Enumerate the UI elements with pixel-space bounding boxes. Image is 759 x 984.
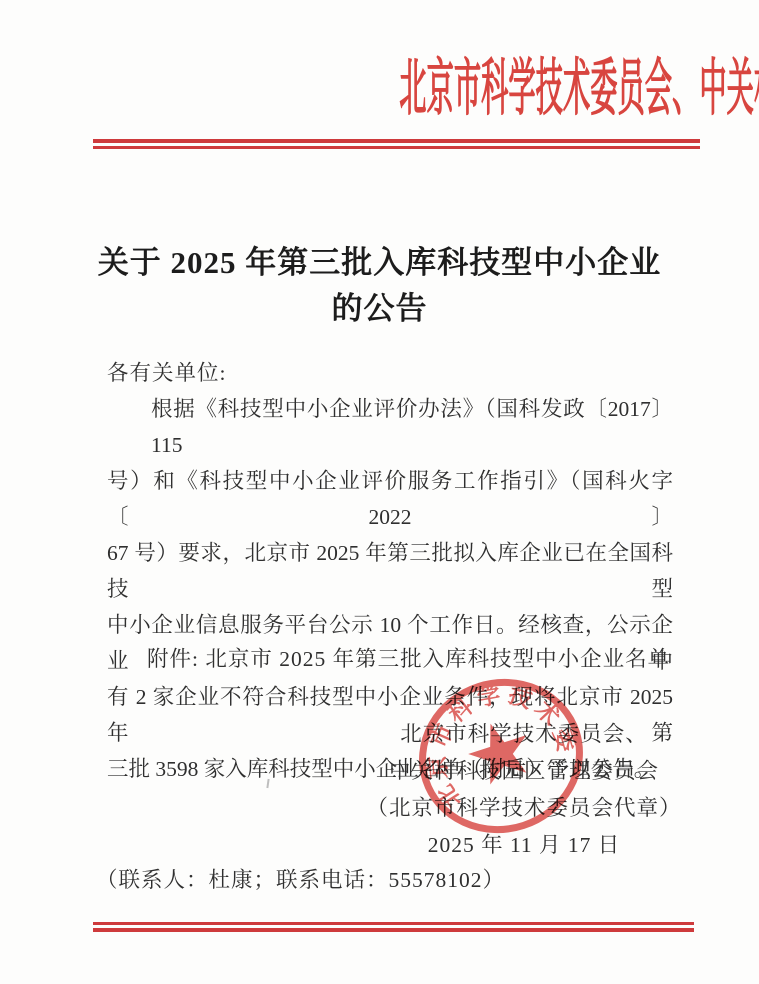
attachment-line: 附件: 北京市 2025 年第三批入库科技型中小企业名单 <box>107 644 670 674</box>
signature-note: （北京市科学技术委员会代章） <box>324 790 724 827</box>
document-title: 关于 2025 年第三批入库科技型中小企业 的公告 <box>0 240 759 332</box>
paragraph-line: 根据《科技型中小企业评价办法》（国科发政〔2017〕115 <box>107 391 673 463</box>
footer-rule-bottom <box>93 928 694 932</box>
salutation: 各有关单位: <box>107 355 673 391</box>
document-title-line2: 的公告 <box>0 286 759 332</box>
signature-block: 北京市科学技术委员会、 中关村科技园区管理委员会 （北京市科学技术委员会代章） … <box>324 716 724 864</box>
letterhead-title: 北京市科学技术委员会、中关村科技园区管理委员会 <box>399 50 759 128</box>
signature-org2: 中关村科技园区管理委员会 <box>324 753 724 790</box>
letterhead-rule-bottom <box>93 146 700 149</box>
paragraph-line: 号）和《科技型中小企业评价服务工作指引》（国科火字〔2022〕 <box>107 463 673 535</box>
letterhead-rule-top <box>93 139 700 143</box>
letterhead: 北京市科学技术委员会、中关村科技园区管理委员会 <box>0 50 759 128</box>
signature-date: 2025 年 11 月 17 日 <box>324 827 724 864</box>
contact-line: （联系人：杜康；联系电话：55578102） <box>96 866 505 894</box>
document-title-line1: 关于 2025 年第三批入库科技型中小企业 <box>0 240 759 286</box>
signature-org1: 北京市科学技术委员会、 <box>324 716 724 753</box>
footer-rule-top <box>93 922 694 925</box>
official-document-page: 北京市科学技术委员会、中关村科技园区管理委员会 关于 2025 年第三批入库科技… <box>0 0 759 984</box>
paragraph-line: 67 号）要求，北京市 2025 年第三批拟入库企业已在全国科技型 <box>107 535 673 607</box>
